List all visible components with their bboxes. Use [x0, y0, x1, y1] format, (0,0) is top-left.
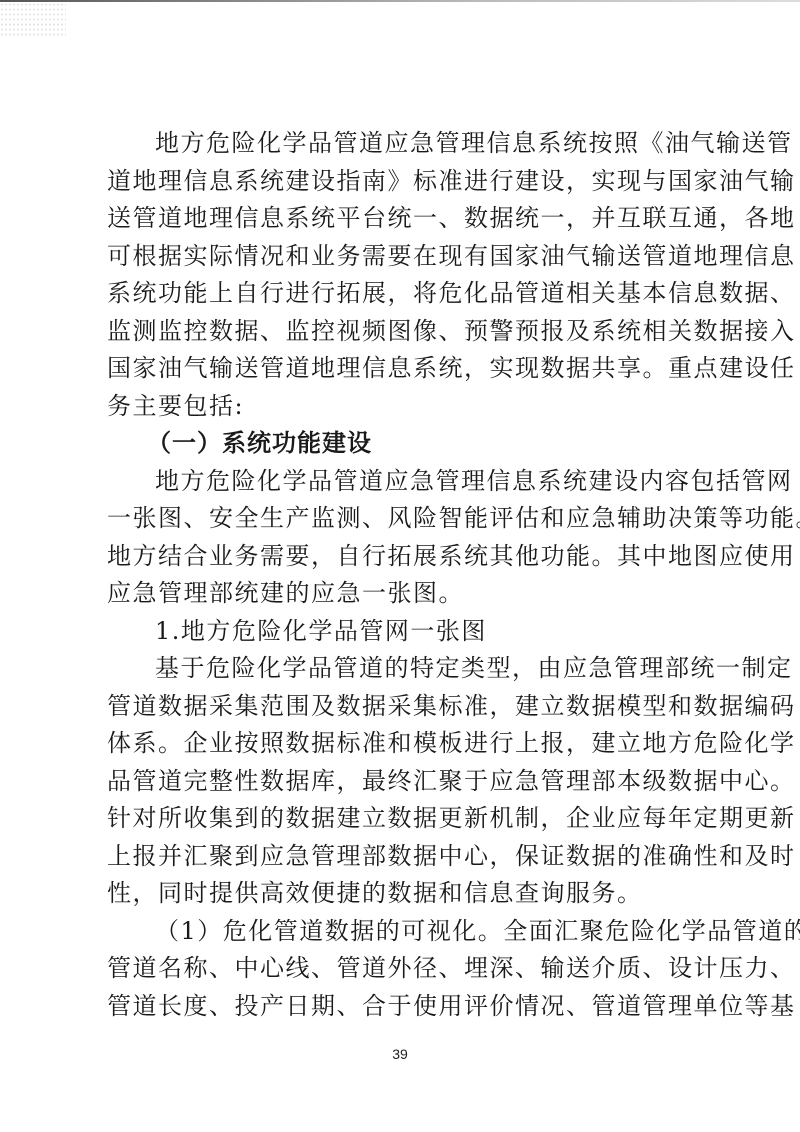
- scan-speckle: [0, 2, 66, 38]
- paragraph-line: 地方危险化学品管道应急管理信息系统建设内容包括管网: [107, 463, 701, 501]
- paragraph-line: 地方危险化学品管道应急管理信息系统按照《油气输送管: [107, 125, 701, 163]
- section-heading: （一）系统功能建设: [107, 425, 701, 463]
- paragraph-line: 基于危险化学品管道的特定类型，由应急管理部统一制定: [107, 650, 701, 688]
- paragraph-line: 管道长度、投产日期、合于使用评价情况、管道管理单位等基: [107, 988, 701, 1026]
- paragraph-line: 系统功能上自行进行拓展，将危化品管道相关基本信息数据、: [107, 275, 701, 313]
- paragraph-line: 体系。企业按照数据标准和模板进行上报，建立地方危险化学: [107, 725, 701, 763]
- paragraph-line: 针对所收集到的数据建立数据更新机制，企业应每年定期更新: [107, 800, 701, 838]
- paragraph-line: 管道数据采集范围及数据采集标准，建立数据模型和数据编码: [107, 688, 701, 726]
- paragraph-line: 上报并汇聚到应急管理部数据中心，保证数据的准确性和及时: [107, 838, 701, 876]
- paragraph-line: 务主要包括:: [107, 388, 701, 426]
- paragraph-line: 地方结合业务需要，自行拓展系统其他功能。其中地图应使用: [107, 538, 701, 576]
- paragraph-line: （1）危化管道数据的可视化。全面汇聚危险化学品管道的: [107, 913, 701, 951]
- scan-edge: [0, 0, 800, 2]
- paragraph-line: 监测监控数据、监控视频图像、预警预报及系统相关数据接入: [107, 313, 701, 351]
- paragraph-line: 可根据实际情况和业务需要在现有国家油气输送管道地理信息: [107, 238, 701, 276]
- page-number: 39: [0, 1046, 800, 1062]
- paragraph-line: 管道名称、中心线、管道外径、埋深、输送介质、设计压力、: [107, 950, 701, 988]
- document-page: 地方危险化学品管道应急管理信息系统按照《油气输送管 道地理信息系统建设指南》标准…: [107, 125, 701, 1025]
- subsection-heading: 1.地方危险化学品管网一张图: [107, 613, 701, 651]
- paragraph-line: 品管道完整性数据库，最终汇聚于应急管理部本级数据中心。: [107, 763, 701, 801]
- paragraph-line: 道地理信息系统建设指南》标准进行建设，实现与国家油气输: [107, 163, 701, 201]
- paragraph-line: 一张图、安全生产监测、风险智能评估和应急辅助决策等功能。: [107, 500, 701, 538]
- paragraph-line: 国家油气输送管道地理信息系统，实现数据共享。重点建设任: [107, 350, 701, 388]
- paragraph-line: 性，同时提供高效便捷的数据和信息查询服务。: [107, 875, 701, 913]
- paragraph-line: 送管道地理信息系统平台统一、数据统一，并互联互通，各地: [107, 200, 701, 238]
- paragraph-line: 应急管理部统建的应急一张图。: [107, 575, 701, 613]
